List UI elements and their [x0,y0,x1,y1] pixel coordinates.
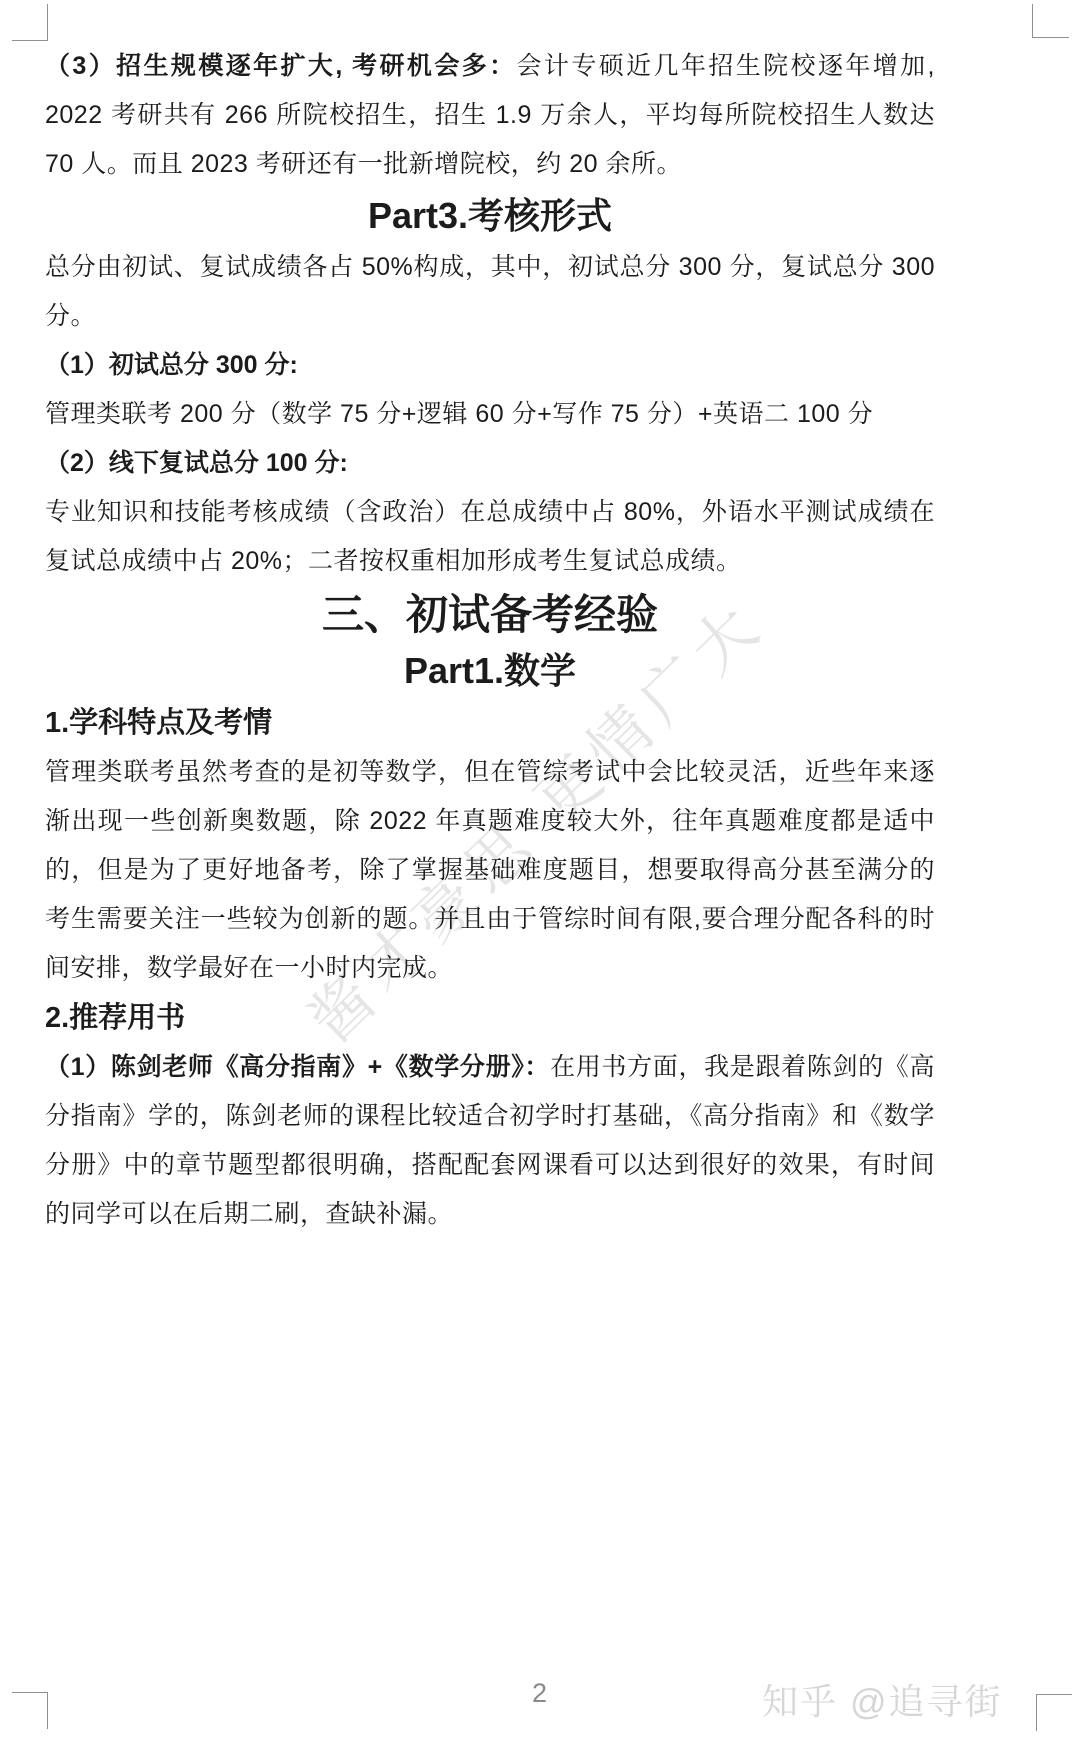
heading-subject-features: 1.学科特点及考情 [45,698,935,748]
paragraph-book-recommendation: （1）陈剑老师《高分指南》+《数学分册》：在用书方面，我是跟着陈剑的《高分指南》… [45,1043,935,1239]
crop-mark-top-left [12,4,48,41]
paragraph-book-recommendation-lead: （1）陈剑老师《高分指南》+《数学分册》： [45,1053,550,1081]
heading-item1-first-exam: （1）初试总分 300 分: [45,341,935,390]
heading-part1-math: Part1.数学 [45,644,935,698]
heading-recommended-books: 2.推荐用书 [45,993,935,1043]
zhihu-author-watermark: 知乎 @追寻街 [762,1674,1003,1725]
paragraph-score-composition: 总分由初试、复试成绩各占 50%构成，其中，初试总分 300 分，复试总分 30… [45,243,935,341]
paragraph-subject-features: 管理类联考虽然考查的是初等数学，但在管综考试中会比较灵活，近些年来逐渐出现一些创… [45,748,935,993]
crop-mark-top-right [1032,4,1069,38]
heading-item2-retest: （2）线下复试总分 100 分: [45,439,935,488]
heading-section3: 三、初试备考经验 [45,586,935,644]
paragraph-item1-detail: 管理类联考 200 分（数学 75 分+逻辑 60 分+写作 75 分）+英语二… [45,390,935,439]
document-content: （3）招生规模逐年扩大, 考研机会多：会计专硕近几年招生院校逐年增加, 2022… [45,42,935,1239]
document-page: 酱才豪思 更情广大 （3）招生规模逐年扩大, 考研机会多：会计专硕近几年招生院校… [0,0,1079,1747]
heading-part3: Part3.考核形式 [45,189,935,243]
paragraph-enrollment: （3）招生规模逐年扩大, 考研机会多：会计专硕近几年招生院校逐年增加, 2022… [45,42,935,189]
paragraph-item2-detail: 专业知识和技能考核成绩（含政治）在总成绩中占 80%，外语水平测试成绩在复试总成… [45,488,935,586]
paragraph-enrollment-lead: （3）招生规模逐年扩大, 考研机会多： [45,52,517,80]
